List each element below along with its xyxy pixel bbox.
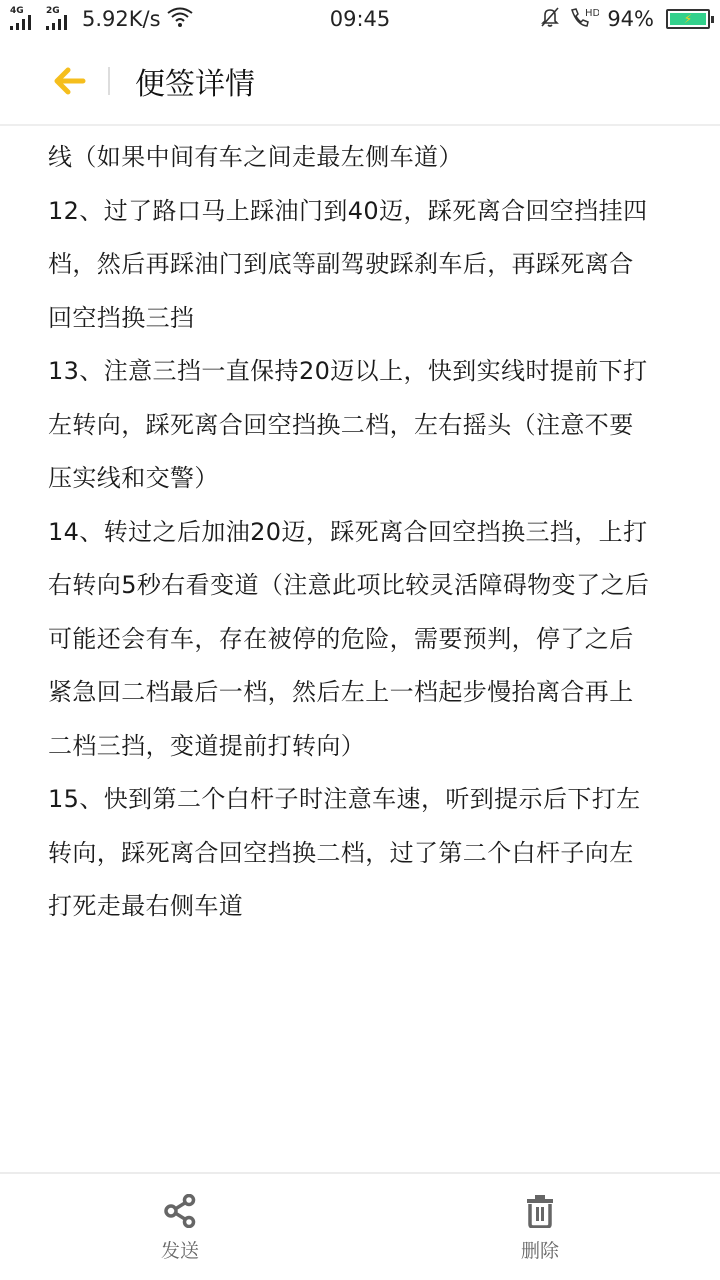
note-line: 转向，踩死离合回空挡换二档，过了第二个白杆子向左 <box>48 827 672 881</box>
delete-button[interactable]: 删除 <box>360 1174 720 1280</box>
delete-label: 删除 <box>521 1236 559 1263</box>
note-line: 右转向5秒右看变道（注意此项比较灵活障碍物变了之后 <box>48 559 672 613</box>
note-line: 13、注意三挡一直保持20迈以上，快到实线时提前下打 <box>48 345 672 399</box>
battery-charging-icon: ⚡ <box>666 9 710 29</box>
note-line: 回空挡换三挡 <box>48 292 672 346</box>
signal-2g-icon: 2G <box>46 8 76 30</box>
status-bar: 4G 2G 5.92K/s 09:45 HD 94% ⚡ <box>0 0 720 38</box>
app-header: 便签详情 <box>0 38 720 126</box>
signal-4g-icon: 4G <box>10 8 40 30</box>
wifi-icon <box>167 7 193 32</box>
back-button[interactable] <box>0 37 110 125</box>
note-line: 14、转过之后加油20迈，踩死离合回空挡换三挡，上打 <box>48 506 672 560</box>
send-button[interactable]: 发送 <box>0 1174 360 1280</box>
bottom-action-bar: 发送 删除 <box>0 1172 720 1280</box>
note-line: 12、过了路口马上踩油门到40迈，踩死离合回空挡挂四 <box>48 185 672 239</box>
note-line: 压实线和交警） <box>48 452 672 506</box>
arrow-left-icon <box>53 67 87 95</box>
note-line: 紧急回二档最后一档，然后左上一档起步慢抬离合再上 <box>48 666 672 720</box>
note-line: 档，然后再踩油门到底等副驾驶踩刹车后，再踩死离合 <box>48 238 672 292</box>
header-divider <box>108 67 110 95</box>
note-line: 打死走最右侧车道 <box>48 880 672 934</box>
note-line: 二档三挡，变道提前打转向） <box>48 720 672 774</box>
hd-call-icon: HD <box>569 6 599 33</box>
svg-text:HD: HD <box>585 8 599 19</box>
status-right: HD 94% ⚡ <box>539 6 710 33</box>
net-speed: 5.92K/s <box>82 7 161 31</box>
share-icon <box>163 1194 197 1228</box>
page-title: 便签详情 <box>135 59 255 103</box>
status-left: 4G 2G 5.92K/s <box>10 7 539 32</box>
battery-percent: 94% <box>607 7 654 31</box>
send-label: 发送 <box>161 1236 199 1263</box>
note-line: 可能还会有车，存在被停的危险，需要预判，停了之后 <box>48 613 672 667</box>
note-line: 线（如果中间有车之间走最左侧车道） <box>48 131 672 185</box>
note-content[interactable]: 线（如果中间有车之间走最左侧车道） 12、过了路口马上踩油门到40迈，踩死离合回… <box>0 128 720 1172</box>
trash-icon <box>523 1194 557 1228</box>
note-line: 左转向，踩死离合回空挡换二档，左右摇头（注意不要 <box>48 399 672 453</box>
mute-bell-icon <box>539 6 561 33</box>
note-line: 15、快到第二个白杆子时注意车速，听到提示后下打左 <box>48 773 672 827</box>
